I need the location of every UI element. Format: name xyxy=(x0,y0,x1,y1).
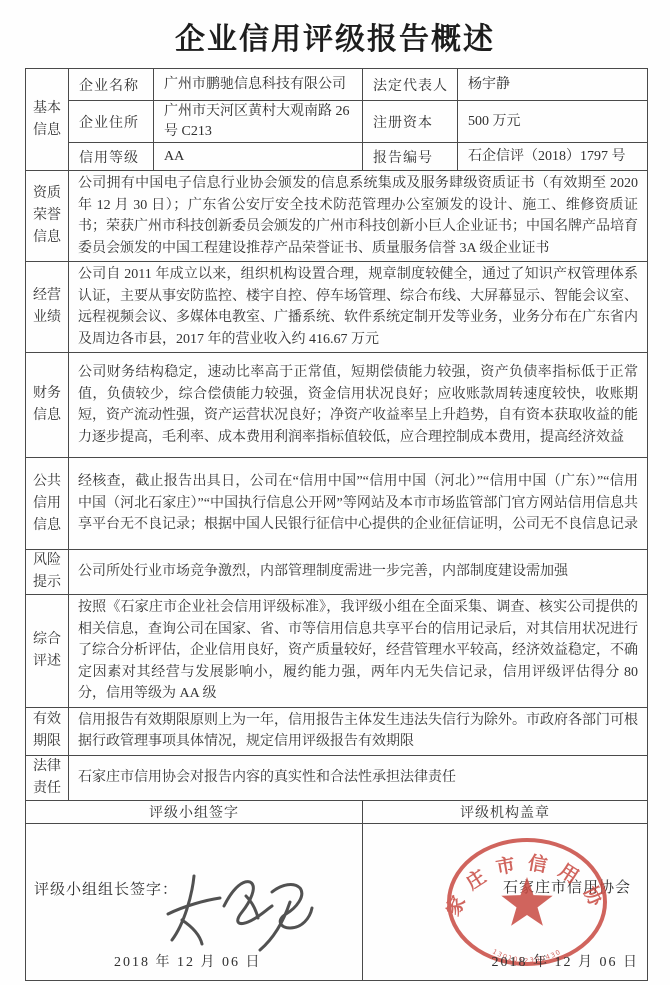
field-label-legal-representative: 法定代表人 xyxy=(363,69,458,101)
section-content-public-credit-info: 经核查，截止报告出具日，公司在“信用中国”“信用中国（河北）”“信用中国（广东）… xyxy=(69,458,648,550)
table-row: 基本信息 企业名称 广州市鹏驰信息科技有限公司 法定代表人 杨宇静 xyxy=(26,69,648,101)
table-row: 有效期限 信用报告有效期限原则上为一年，信用报告主体发生违法失信行为除外。市政府… xyxy=(26,707,648,755)
table-row: 公共信用信息 经核查，截止报告出具日，公司在“信用中国”“信用中国（河北）”“信… xyxy=(26,458,648,550)
field-label-credit-grade: 信用等级 xyxy=(69,143,154,171)
table-row: 评级小组签字 评级机构盖章 xyxy=(26,800,648,823)
section-label-comprehensive-review: 综合评述 xyxy=(26,595,69,708)
report-table: 基本信息 企业名称 广州市鹏驰信息科技有限公司 法定代表人 杨宇静 企业住所 广… xyxy=(25,68,648,981)
table-row: 经营业绩 公司自 2011 年成立以来，组织机构设置合理，规章制度较健全，通过了… xyxy=(26,262,648,353)
table-row: 企业住所 广州市天河区黄村大观南路 26 号 C213 注册资本 500 万元 xyxy=(26,101,648,143)
section-label-basic-info: 基本信息 xyxy=(26,69,69,171)
section-label-risk-warning: 风险提示 xyxy=(26,550,69,595)
handwritten-signature xyxy=(154,862,319,957)
field-value-credit-grade: AA xyxy=(154,143,363,171)
section-content-risk-warning: 公司所处行业市场竞争激烈，内部管理制度需进一步完善，内部制度建设需加强 xyxy=(69,550,648,595)
field-label-company-address: 企业住所 xyxy=(69,101,154,143)
field-label-company-name: 企业名称 xyxy=(69,69,154,101)
section-label-financial-info: 财务信息 xyxy=(26,353,69,458)
field-value-legal-representative: 杨宇静 xyxy=(458,69,648,101)
signature-area-right: 石家庄市信用协会 石家庄市信用协会 1301052300430 xyxy=(363,823,648,980)
section-content-comprehensive-review: 按照《石家庄市企业社会信用评级标准》，我评级小组在全面采集、调查、核实公司提供的… xyxy=(69,595,648,708)
team-signature-date: 2018 年 12 月 06 日 xyxy=(114,951,262,971)
footer-header-agency-seal: 评级机构盖章 xyxy=(363,800,648,823)
report-page: 企业信用评级报告概述 基本信息 企业名称 广州市鹏驰信息科技有限公司 法定代表人… xyxy=(0,0,670,985)
field-value-company-name: 广州市鹏驰信息科技有限公司 xyxy=(154,69,363,101)
section-label-qualifications: 资质荣誉信息 xyxy=(26,171,69,262)
field-label-report-number: 报告编号 xyxy=(363,143,458,171)
table-row: 信用等级 AA 报告编号 石企信评（2018）1797 号 xyxy=(26,143,648,171)
section-label-business-performance: 经营业绩 xyxy=(26,262,69,353)
section-label-legal-liability: 法律责任 xyxy=(26,755,69,800)
table-row: 综合评述 按照《石家庄市企业社会信用评级标准》，我评级小组在全面采集、调查、核实… xyxy=(26,595,648,708)
table-row: 法律责任 石家庄市信用协会对报告内容的真实性和合法性承担法律责任 xyxy=(26,755,648,800)
agency-seal-date: 2018 年 12 月 06 日 xyxy=(492,951,640,971)
section-content-qualifications: 公司拥有中国电子信息行业协会颁发的信息系统集成及服务肆级资质证书（有效期至 20… xyxy=(69,171,648,262)
field-value-registered-capital: 500 万元 xyxy=(458,101,648,143)
seal-star-icon xyxy=(501,877,552,926)
table-row: 评级小组组长签字： 2018 年 12 月 06 日 石家庄市信用协会 xyxy=(26,823,648,980)
section-content-legal-liability: 石家庄市信用协会对报告内容的真实性和合法性承担法律责任 xyxy=(69,755,648,800)
footer-header-team-signature: 评级小组签字 xyxy=(26,800,363,823)
section-label-public-credit-info: 公共信用信息 xyxy=(26,458,69,550)
table-row: 风险提示 公司所处行业市场竞争激烈，内部管理制度需进一步完善，内部制度建设需加强 xyxy=(26,550,648,595)
section-content-validity-period: 信用报告有效期限原则上为一年，信用报告主体发生违法失信行为除外。市政府各部门可根… xyxy=(69,707,648,755)
page-title: 企业信用评级报告概述 xyxy=(0,24,670,56)
section-label-validity-period: 有效期限 xyxy=(26,707,69,755)
signature-area-left: 评级小组组长签字： 2018 年 12 月 06 日 xyxy=(26,823,363,980)
section-content-business-performance: 公司自 2011 年成立以来，组织机构设置合理，规章制度较健全，通过了知识产权管… xyxy=(69,262,648,353)
field-value-report-number: 石企信评（2018）1797 号 xyxy=(458,143,648,171)
field-value-company-address: 广州市天河区黄村大观南路 26 号 C213 xyxy=(154,101,363,143)
table-row: 资质荣誉信息 公司拥有中国电子信息行业协会颁发的信息系统集成及服务肆级资质证书（… xyxy=(26,171,648,262)
table-row: 财务信息 公司财务结构稳定，速动比率高于正常值，短期偿债能力较强，资产负债率指标… xyxy=(26,353,648,458)
section-content-financial-info: 公司财务结构稳定，速动比率高于正常值，短期偿债能力较强，资产负债率指标低于正常值… xyxy=(69,353,648,458)
field-label-registered-capital: 注册资本 xyxy=(363,101,458,143)
